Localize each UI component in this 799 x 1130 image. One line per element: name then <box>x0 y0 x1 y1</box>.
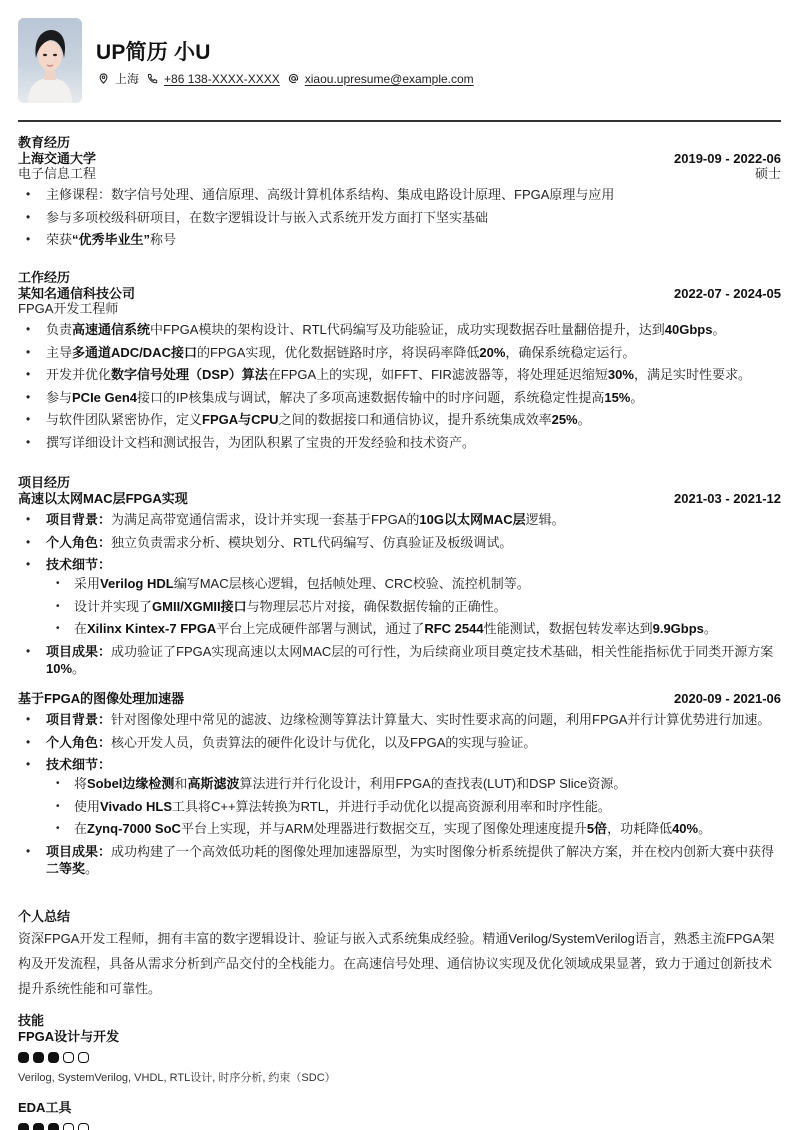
bullet-item: 荣获“优秀毕业生”称号 <box>18 231 781 248</box>
bullet-text: 将 <box>74 776 87 791</box>
candidate-name: UP简历 小U <box>96 36 211 66</box>
bullet-text: ，确保系统稳定运行。 <box>505 345 635 360</box>
emphasis-text: Xilinx Kintex-7 FPGA <box>87 621 216 636</box>
bullet-text: 使用 <box>74 799 100 814</box>
emphasis-text: “优秀毕业生” <box>72 232 150 247</box>
bullet-item: 项目成果：成功构建了一个高效低功耗的图像处理加速器原型，为实时图像分析系统提供了… <box>18 843 781 877</box>
skills-section: 技能 FPGA设计与开发 Verilog, SystemVerilog, VHD… <box>18 1013 781 1130</box>
bullet-text: 与物理层芯片对接，确保数据传输的正确性。 <box>247 599 507 614</box>
bullet-text: 开发并优化 <box>46 367 111 382</box>
bullet-item: 采用Verilog HDL编写MAC层核心逻辑，包括帧处理、CRC校验、流控机制… <box>46 575 781 592</box>
bullet-text: 接口的IP核集成与调试，解决了多项高速数据传输中的时序问题，系统稳定性提高 <box>137 390 604 405</box>
skill-item: EDA工具 <box>18 1100 781 1130</box>
skill-keywords: Verilog, SystemVerilog, VHDL, RTL设计, 时序分… <box>18 1069 781 1085</box>
bullet-text: 撰写详细设计文档和测试报告，为团队积累了宝贵的开发经验和技术资产。 <box>46 435 475 450</box>
bullet-item: 项目成果：成功验证了FPGA实现高速以太网MAC层的可行性，为后续商业项目奠定技… <box>18 643 781 677</box>
bullet-item: 使用Vivado HLS工具将C++算法转换为RTL，并进行手动优化以提高资源利… <box>46 798 781 815</box>
emphasis-text: Vivado HLS <box>100 799 172 814</box>
emphasis-text: 项目成果： <box>46 644 111 659</box>
project-header-row: 基于FPGA的图像处理加速器 2020-09 - 2021-06 <box>18 691 781 706</box>
filled-dot-icon <box>33 1052 44 1063</box>
section-title-skills: 技能 <box>18 1013 781 1029</box>
contact-location: 上海 <box>98 70 139 87</box>
bullet-text: 在 <box>74 621 87 636</box>
skill-name: EDA工具 <box>18 1100 781 1116</box>
project-dates: 2020-09 - 2021-06 <box>674 691 781 706</box>
location-text: 上海 <box>115 70 139 87</box>
bullet-text: 工具将C++算法转换为RTL，并进行手动优化以提高资源利用率和时序性能。 <box>172 799 611 814</box>
emphasis-text: 技术细节： <box>46 557 111 572</box>
emphasis-text: Verilog HDL <box>100 576 174 591</box>
section-title-work: 工作经历 <box>18 270 781 286</box>
bullet-text: 平台上实现，并与ARM处理器进行数据交互，实现了图像处理速度提升 <box>181 821 587 836</box>
bullet-text: 荣获 <box>46 232 72 247</box>
bullet-item: 在Xilinx Kintex-7 FPGA平台上完成硬件部署与测试，通过了RFC… <box>46 620 781 637</box>
bullet-item: 个人角色：独立负责需求分析、模块划分、RTL代码编写、仿真验证及板级调试。 <box>18 534 781 551</box>
bullet-text: ，满足实时性要求。 <box>634 367 751 382</box>
bullet-text: 参与 <box>46 390 72 405</box>
bullet-text: 和 <box>174 776 187 791</box>
major: 电子信息工程 <box>18 166 96 181</box>
bullet-text: 主导 <box>46 345 72 360</box>
education-sub-row: 电子信息工程 硕士 <box>18 166 781 181</box>
filled-dot-icon <box>48 1123 59 1130</box>
emphasis-text: 高速通信系统 <box>72 322 150 337</box>
section-title-projects: 项目经历 <box>18 475 781 491</box>
empty-dot-icon <box>78 1052 89 1063</box>
resume-header: UP简历 小U 上海 +86 138-XXXX-XXXX xiaou.upres… <box>18 0 781 121</box>
bullet-text: 。 <box>712 322 725 337</box>
bullet-text: ，功耗降低 <box>607 821 672 836</box>
work-section: 工作经历 某知名通信科技公司 2022-07 - 2024-05 FPGA开发工… <box>18 270 781 457</box>
bullet-item: 设计并实现了GMII/XGMII接口与物理层芯片对接，确保数据传输的正确性。 <box>46 598 781 615</box>
bullet-text: 负责 <box>46 322 72 337</box>
bullet-text: 算法进行并行化设计，利用FPGA的查找表(LUT)和DSP Slice资源。 <box>239 776 626 791</box>
phone-icon <box>147 73 158 84</box>
bullet-text: 在FPGA上的实现，如FFT、FIR滤波器等，将处理延迟缩短 <box>268 367 608 382</box>
bullet-text: 中FPGA模块的架构设计、RTL代码编写及功能验证，成功实现数据吞吐量翻倍提升，… <box>150 322 665 337</box>
bullet-item: 项目背景：针对图像处理中常见的滤波、边缘检测等算法计算量大、实时性要求高的问题，… <box>18 711 781 728</box>
summary-section: 个人总结 资深FPGA开发工程师，拥有丰富的数字逻辑设计、验证与嵌入式系统集成经… <box>18 909 781 1001</box>
at-sign-icon <box>288 73 299 84</box>
emphasis-text: 30% <box>608 367 634 382</box>
header-divider <box>18 120 781 122</box>
emphasis-text: 个人角色： <box>46 535 111 550</box>
bullet-text: 编写MAC层核心逻辑，包括帧处理、CRC校验、流控机制等。 <box>174 576 530 591</box>
bullet-text: 逻辑。 <box>526 512 565 527</box>
empty-dot-icon <box>78 1123 89 1130</box>
filled-dot-icon <box>18 1123 29 1130</box>
education-dates: 2019-09 - 2022-06 <box>674 151 781 166</box>
sub-bullets: 采用Verilog HDL编写MAC层核心逻辑，包括帧处理、CRC校验、流控机制… <box>46 575 781 637</box>
project-bullets: 项目背景：为满足高带宽通信需求，设计并实现一套基于FPGA的10G以太网MAC层… <box>18 511 781 677</box>
bullet-text: 的FPGA实现，优化数据链路时序，将误码率降低 <box>197 345 479 360</box>
bullet-text: 在 <box>74 821 87 836</box>
bullet-item: 技术细节：采用Verilog HDL编写MAC层核心逻辑，包括帧处理、CRC校验… <box>18 556 781 637</box>
bullet-item: 主导多通道ADC/DAC接口的FPGA实现，优化数据链路时序，将误码率降低20%… <box>18 344 781 361</box>
skill-name: FPGA设计与开发 <box>18 1029 781 1045</box>
emphasis-text: PCIe Gen4 <box>72 390 137 405</box>
bullet-text: 。 <box>578 412 591 427</box>
emphasis-text: RFC 2544 <box>424 621 483 636</box>
emphasis-text: 项目背景： <box>46 712 111 727</box>
filled-dot-icon <box>33 1123 44 1130</box>
contact-phone[interactable]: +86 138-XXXX-XXXX <box>147 72 280 86</box>
emphasis-text: 40Gbps <box>665 322 713 337</box>
emphasis-text: 多通道ADC/DAC接口 <box>72 345 197 360</box>
bullet-text: 。 <box>85 861 98 876</box>
section-title-education: 教育经历 <box>18 135 781 151</box>
project-name: 基于FPGA的图像处理加速器 <box>18 691 184 706</box>
bullet-text: 平台上完成硬件部署与测试，通过了 <box>216 621 424 636</box>
contact-email[interactable]: xiaou.upresume@example.com <box>288 72 474 86</box>
bullet-item: 撰写详细设计文档和测试报告，为团队积累了宝贵的开发经验和技术资产。 <box>18 434 781 451</box>
bullet-text: 成功验证了FPGA实现高速以太网MAC层的可行性，为后续商业项目奠定技术基础，相… <box>111 644 773 659</box>
filled-dot-icon <box>18 1052 29 1063</box>
filled-dot-icon <box>48 1052 59 1063</box>
bullet-text: 设计并实现了 <box>74 599 152 614</box>
education-section: 教育经历 上海交通大学 2019-09 - 2022-06 电子信息工程 硕士 … <box>18 135 781 254</box>
bullet-text: 参与多项校级科研项目，在数字逻辑设计与嵌入式系统开发方面打下坚实基础 <box>46 210 488 225</box>
emphasis-text: 10G以太网MAC层 <box>419 512 525 527</box>
emphasis-text: 二等奖 <box>46 861 85 876</box>
resume-page: UP简历 小U 上海 +86 138-XXXX-XXXX xiaou.upres… <box>18 0 781 121</box>
bullet-item: 参与PCIe Gen4接口的IP核集成与调试，解决了多项高速数据传输中的时序问题… <box>18 389 781 406</box>
emphasis-text: GMII/XGMII接口 <box>152 599 247 614</box>
bullet-item: 在Zynq-7000 SoC平台上实现，并与ARM处理器进行数据交互，实现了图像… <box>46 820 781 837</box>
contact-info: 上海 +86 138-XXXX-XXXX xiaou.upresume@exam… <box>98 70 482 87</box>
job-role: FPGA开发工程师 <box>18 301 781 316</box>
portrait-image <box>18 18 82 103</box>
email-link[interactable]: xiaou.upresume@example.com <box>305 72 474 86</box>
bullet-item: 将Sobel边缘检测和高斯滤波算法进行并行化设计，利用FPGA的查找表(LUT)… <box>46 775 781 792</box>
emphasis-text: 技术细节： <box>46 757 111 772</box>
emphasis-text: Sobel边缘检测 <box>87 776 174 791</box>
sub-bullets: 将Sobel边缘检测和高斯滤波算法进行并行化设计，利用FPGA的查找表(LUT)… <box>46 775 781 837</box>
summary-text: 资深FPGA开发工程师，拥有丰富的数字逻辑设计、验证与嵌入式系统集成经验。精通V… <box>18 926 781 1001</box>
work-header-row: 某知名通信科技公司 2022-07 - 2024-05 <box>18 286 781 301</box>
skill-item: FPGA设计与开发 Verilog, SystemVerilog, VHDL, … <box>18 1029 781 1085</box>
degree: 硕士 <box>755 166 781 181</box>
bullet-item: 主修课程：数字信号处理、通信原理、高级计算机体系结构、集成电路设计原理、FPGA… <box>18 186 781 203</box>
school-name: 上海交通大学 <box>18 151 96 166</box>
project-name: 高速以太网MAC层FPGA实现 <box>18 491 188 506</box>
bullet-text: 为满足高带宽通信需求，设计并实现一套基于FPGA的 <box>111 512 419 527</box>
bullet-text: 成功构建了一个高效低功耗的图像处理加速器原型，为实时图像分析系统提供了解决方案，… <box>111 844 774 859</box>
bullet-text: 之间的数据接口和通信协议，提升系统集成效率 <box>279 412 552 427</box>
profile-photo <box>18 18 82 103</box>
section-title-summary: 个人总结 <box>18 909 781 925</box>
emphasis-text: 15% <box>604 390 630 405</box>
education-header-row: 上海交通大学 2019-09 - 2022-06 <box>18 151 781 166</box>
work-bullets: 负责高速通信系统中FPGA模块的架构设计、RTL代码编写及功能验证，成功实现数据… <box>18 321 781 451</box>
bullet-text: 性能测试，数据包转发率达到 <box>484 621 653 636</box>
bullet-text: 主修课程：数字信号处理、通信原理、高级计算机体系结构、集成电路设计原理、FPGA… <box>46 187 614 202</box>
education-bullets: 主修课程：数字信号处理、通信原理、高级计算机体系结构、集成电路设计原理、FPGA… <box>18 186 781 248</box>
emphasis-text: Zynq-7000 SoC <box>87 821 181 836</box>
project-bullets: 项目背景：针对图像处理中常见的滤波、边缘检测等算法计算量大、实时性要求高的问题，… <box>18 711 781 877</box>
bullet-item: 开发并优化数字信号处理（DSP）算法在FPGA上的实现，如FFT、FIR滤波器等… <box>18 366 781 383</box>
project-item: 基于FPGA的图像处理加速器 2020-09 - 2021-06 项目背景：针对… <box>18 691 781 883</box>
empty-dot-icon <box>63 1123 74 1130</box>
project-header-row: 高速以太网MAC层FPGA实现 2021-03 - 2021-12 <box>18 491 781 506</box>
emphasis-text: 25% <box>552 412 578 427</box>
bullet-item: 项目背景：为满足高带宽通信需求，设计并实现一套基于FPGA的10G以太网MAC层… <box>18 511 781 528</box>
bullet-text: 针对图像处理中常见的滤波、边缘检测等算法计算量大、实时性要求高的问题，利用FPG… <box>111 712 770 727</box>
bullet-text: 独立负责需求分析、模块划分、RTL代码编写、仿真验证及板级调试。 <box>111 535 512 550</box>
company-name: 某知名通信科技公司 <box>18 286 135 301</box>
emphasis-text: 高斯滤波 <box>187 776 239 791</box>
bullet-text: 核心开发人员，负责算法的硬件化设计与优化，以及FPGA的实现与验证。 <box>111 735 536 750</box>
emphasis-text: 个人角色： <box>46 735 111 750</box>
bullet-item: 技术细节：将Sobel边缘检测和高斯滤波算法进行并行化设计，利用FPGA的查找表… <box>18 756 781 837</box>
bullet-text: 采用 <box>74 576 100 591</box>
skill-level-rating <box>18 1052 781 1063</box>
bullet-text: 称号 <box>150 232 176 247</box>
bullet-item: 参与多项校级科研项目，在数字逻辑设计与嵌入式系统开发方面打下坚实基础 <box>18 209 781 226</box>
emphasis-text: 5倍 <box>587 821 607 836</box>
emphasis-text: FPGA与CPU <box>202 412 279 427</box>
phone-link[interactable]: +86 138-XXXX-XXXX <box>164 72 280 86</box>
emphasis-text: 40% <box>672 821 698 836</box>
emphasis-text: 9.9Gbps <box>653 621 704 636</box>
emphasis-text: 20% <box>479 345 505 360</box>
bullet-item: 个人角色：核心开发人员，负责算法的硬件化设计与优化，以及FPGA的实现与验证。 <box>18 734 781 751</box>
work-dates: 2022-07 - 2024-05 <box>674 286 781 301</box>
bullet-text: 。 <box>704 621 717 636</box>
empty-dot-icon <box>63 1052 74 1063</box>
skill-level-rating <box>18 1123 781 1130</box>
bullet-text: 。 <box>698 821 711 836</box>
location-pin-icon <box>98 73 109 84</box>
bullet-text: 与软件团队紧密协作，定义 <box>46 412 202 427</box>
emphasis-text: 项目背景： <box>46 512 111 527</box>
bullet-item: 负责高速通信系统中FPGA模块的架构设计、RTL代码编写及功能验证，成功实现数据… <box>18 321 781 338</box>
bullet-text: 。 <box>630 390 643 405</box>
emphasis-text: 10% <box>46 661 72 676</box>
bullet-item: 与软件团队紧密协作，定义FPGA与CPU之间的数据接口和通信协议，提升系统集成效… <box>18 411 781 428</box>
projects-section: 项目经历 高速以太网MAC层FPGA实现 2021-03 - 2021-12 项… <box>18 475 781 683</box>
bullet-text: 。 <box>72 661 85 676</box>
project-item: 高速以太网MAC层FPGA实现 2021-03 - 2021-12 项目背景：为… <box>18 491 781 677</box>
emphasis-text: 数字信号处理（DSP）算法 <box>111 367 268 382</box>
emphasis-text: 项目成果： <box>46 844 111 859</box>
project-dates: 2021-03 - 2021-12 <box>674 491 781 506</box>
